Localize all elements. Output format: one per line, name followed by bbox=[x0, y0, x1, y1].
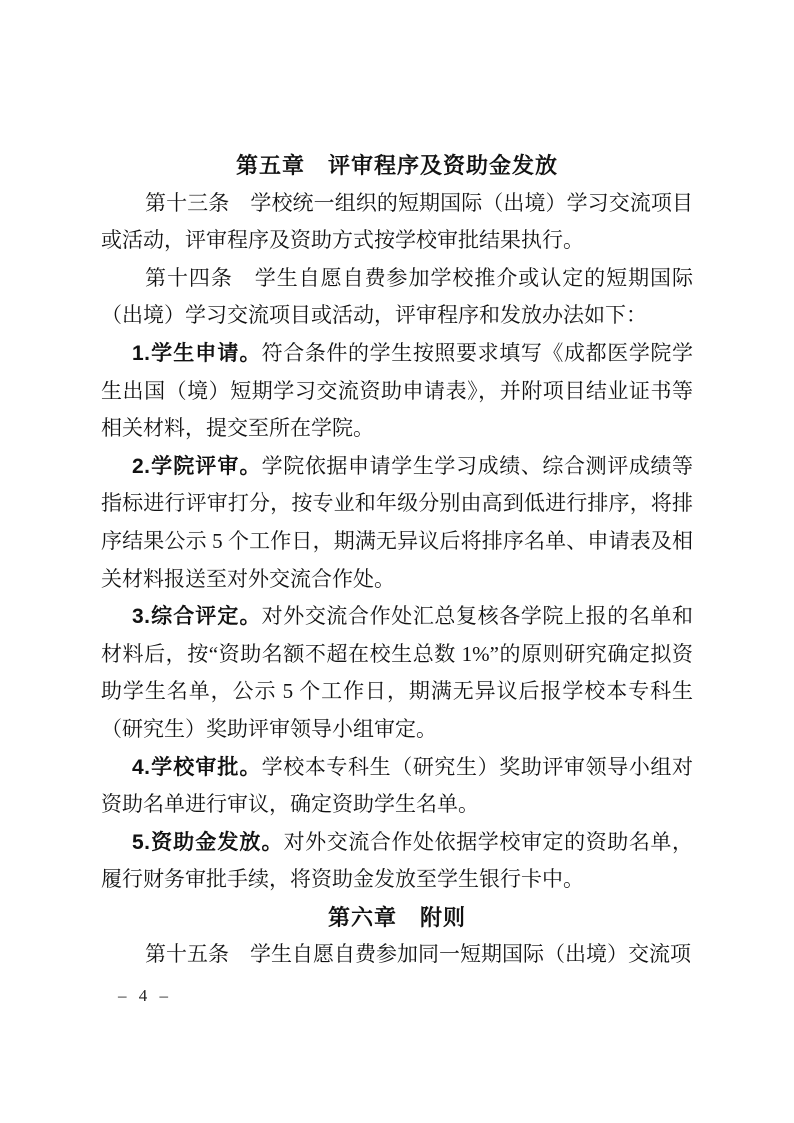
step-3-label: 3.综合评定。 bbox=[132, 605, 262, 628]
step-2-college-review: 2.学院评审。学院依据申请学生学习成绩、综合测评成绩等指标进行评审打分，按专业和… bbox=[101, 448, 693, 598]
step-3-comprehensive-evaluation: 3.综合评定。对外交流合作处汇总复核各学院上报的名单和材料后，按“资助名额不超在… bbox=[101, 598, 693, 748]
chapter-5-heading: 第五章 评审程序及资助金发放 bbox=[101, 147, 693, 185]
document-body: 第五章 评审程序及资助金发放 第十三条 学校统一组织的短期国际（出境）学习交流项… bbox=[101, 147, 693, 974]
article-15-paragraph: 第十五条 学生自愿自费参加同一短期国际（出境）交流项 bbox=[101, 936, 693, 974]
step-4-label: 4.学校审批。 bbox=[132, 756, 262, 779]
step-1-student-application: 1.学生申请。符合条件的学生按照要求填写《成都医学院学生出国（境）短期学习交流资… bbox=[101, 335, 693, 448]
step-5-grant-disbursement: 5.资助金发放。对外交流合作处依据学校审定的资助名单，履行财务审批手续，将资助金… bbox=[101, 824, 693, 899]
article-13-paragraph: 第十三条 学校统一组织的短期国际（出境）学习交流项目或活动，评审程序及资助方式按… bbox=[101, 185, 693, 260]
chapter-6-heading: 第六章 附则 bbox=[101, 899, 693, 937]
step-2-label: 2.学院评审。 bbox=[132, 455, 262, 478]
article-14-paragraph: 第十四条 学生自愿自费参加学校推介或认定的短期国际（出境）学习交流项目或活动，评… bbox=[101, 260, 693, 335]
step-1-label: 1.学生申请。 bbox=[132, 342, 262, 365]
step-5-label: 5.资助金发放。 bbox=[132, 831, 284, 854]
page-number: – 4 – bbox=[118, 986, 172, 1006]
document-page: 第五章 评审程序及资助金发放 第十三条 学校统一组织的短期国际（出境）学习交流项… bbox=[0, 0, 794, 1123]
step-4-school-approval: 4.学校审批。学校本专科生（研究生）奖助评审领导小组对资助名单进行审议，确定资助… bbox=[101, 749, 693, 824]
